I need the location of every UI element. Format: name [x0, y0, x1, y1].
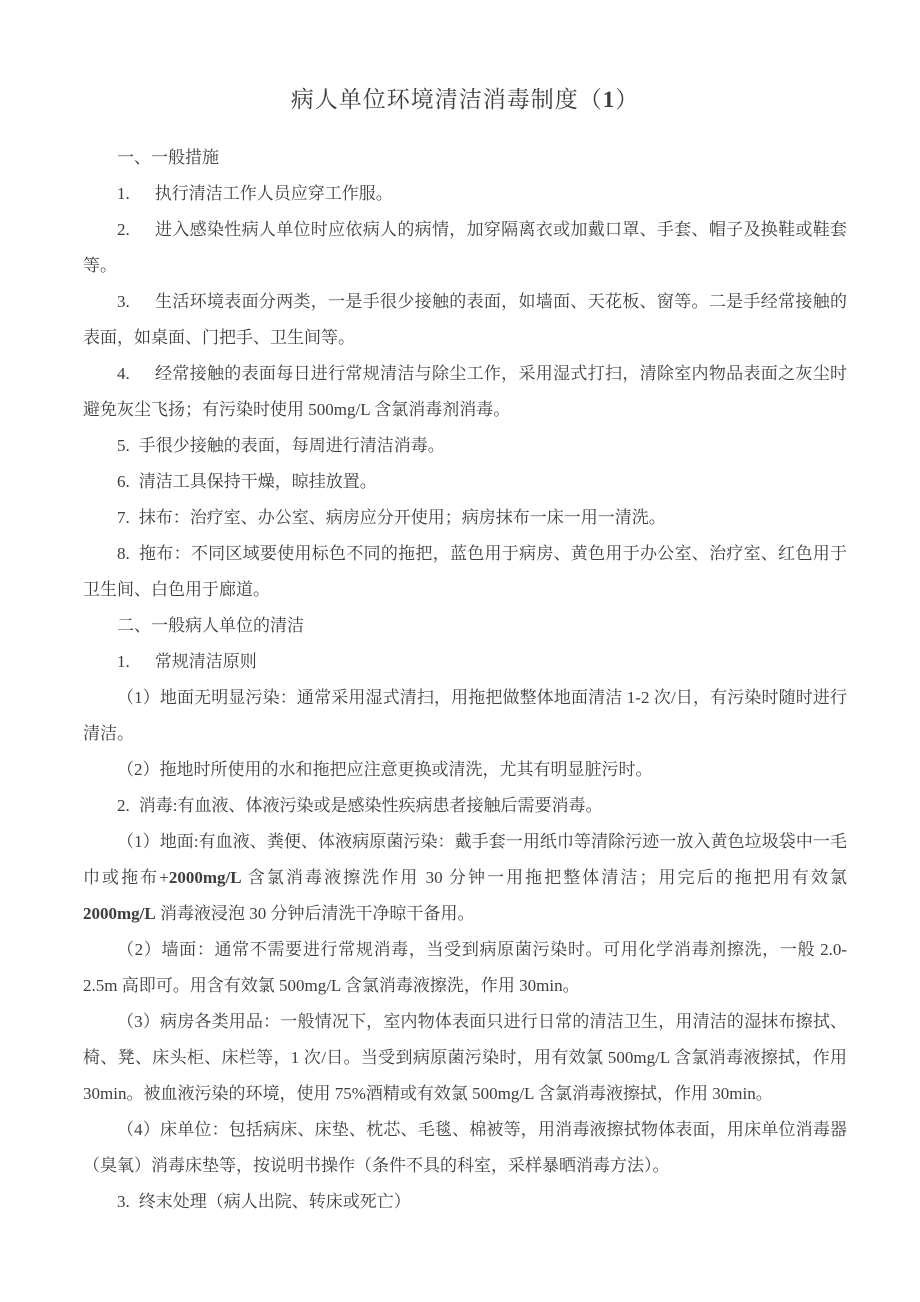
paragraph-disinfect-4: （4）床单位：包括病床、床垫、枕芯、毛毯、棉被等，用消毒液擦拭物体表面，用床单位… [83, 1112, 847, 1184]
text-run: 1 [603, 87, 616, 112]
item-number: 3. [117, 292, 130, 311]
text-run: ） [615, 87, 639, 112]
text-run: 病人单位环境清洁消毒制度（ [291, 87, 603, 112]
item-text: 手很少接触的表面，每周进行清洁消毒。 [139, 436, 445, 455]
item-text: 拖布：不同区域要使用标色不同的拖把，蓝色用于病房、黄色用于办公室、治疗室、红色用… [83, 544, 847, 599]
item-number: 2. [117, 796, 130, 815]
sub-item-2: 2.消毒:有血液、体液污染或是感染性疾病患者接触后需要消毒。 [83, 788, 847, 824]
paragraph-clean-2: （2）拖地时所使用的水和拖把应注意更换或清洗，尤其有明显脏污时。 [83, 752, 847, 788]
document-page: 病人单位环境清洁消毒制度（1） 一、一般措施 1.执行清洁工作人员应穿工作服。 … [0, 0, 920, 1302]
paragraph-disinfect-3: （3）病房各类用品：一般情况下，室内物体表面只进行日常的清洁卫生，用清洁的湿抹布… [83, 1004, 847, 1112]
text-run: 2000mg/L [169, 868, 242, 887]
item-text: 抹布：治疗室、办公室、病房应分开使用；病房抹布一床一用一清洗。 [139, 508, 666, 527]
sub-item-1: 1.常规清洁原则 [83, 644, 847, 680]
item-number: 1. [117, 184, 130, 203]
list-item-2: 2.进入感染性病人单位时应依病人的病情，加穿隔离衣或加戴口罩、手套、帽子及换鞋或… [83, 212, 847, 284]
list-item-3: 3.生活环境表面分两类，一是手很少接触的表面，如墙面、天花板、窗等。二是手经常接… [83, 284, 847, 356]
list-item-5: 5.手很少接触的表面，每周进行清洁消毒。 [83, 428, 847, 464]
item-number: 6. [117, 472, 130, 491]
item-text: 终末处理（病人出院、转床或死亡） [139, 1192, 411, 1211]
paragraph-clean-1: （1）地面无明显污染：通常采用湿式清扫，用拖把做整体地面清洁 1-2 次/日，有… [83, 680, 847, 752]
item-number: 7. [117, 508, 130, 527]
item-number: 4. [117, 364, 130, 383]
item-text: 进入感染性病人单位时应依病人的病情，加穿隔离衣或加戴口罩、手套、帽子及换鞋或鞋套… [83, 220, 847, 275]
document-title: 病人单位环境清洁消毒制度（1） [83, 84, 847, 116]
list-item-7: 7.抹布：治疗室、办公室、病房应分开使用；病房抹布一床一用一清洗。 [83, 500, 847, 536]
text-run: 2000mg/L [83, 904, 156, 923]
item-number: 2. [117, 220, 130, 239]
list-item-4: 4.经常接触的表面每日进行常规清洁与除尘工作，采用湿式打扫，清除室内物品表面之灰… [83, 356, 847, 428]
list-item-1: 1.执行清洁工作人员应穿工作服。 [83, 176, 847, 212]
item-text: 消毒:有血液、体液污染或是感染性疾病患者接触后需要消毒。 [139, 796, 603, 815]
section2-heading: 二、一般病人单位的清洁 [83, 608, 847, 644]
item-text: 执行清洁工作人员应穿工作服。 [155, 184, 393, 203]
item-text: 生活环境表面分两类，一是手很少接触的表面，如墙面、天花板、窗等。二是手经常接触的… [83, 292, 847, 347]
item-text: 清洁工具保持干燥，晾挂放置。 [139, 472, 377, 491]
list-item-8: 8.拖布：不同区域要使用标色不同的拖把，蓝色用于病房、黄色用于办公室、治疗室、红… [83, 536, 847, 608]
item-number: 1. [117, 652, 130, 671]
text-run: 消毒液浸泡 30 分钟后清洗干净晾干备用。 [156, 904, 475, 923]
paragraph-disinfect-1: （1）地面:有血液、粪便、体液病原菌污染：戴手套一用纸巾等清除污迹一放入黄色垃圾… [83, 824, 847, 932]
item-text: 常规清洁原则 [155, 652, 257, 671]
paragraph-disinfect-2: （2）墙面：通常不需要进行常规消毒，当受到病原菌污染时。可用化学消毒剂擦洗，一般… [83, 932, 847, 1004]
item-number: 8. [117, 544, 130, 563]
section1-heading: 一、一般措施 [83, 140, 847, 176]
item-text: 经常接触的表面每日进行常规清洁与除尘工作，采用湿式打扫，清除室内物品表面之灰尘时… [83, 364, 847, 419]
text-run: 含氯消毒液擦洗作用 30 分钟一用拖把整体清洁；用完后的拖把用有效氯 [242, 868, 847, 887]
item-number: 5. [117, 436, 130, 455]
list-item-6: 6.清洁工具保持干燥，晾挂放置。 [83, 464, 847, 500]
sub-item-3: 3.终末处理（病人出院、转床或死亡） [83, 1184, 847, 1220]
item-number: 3. [117, 1192, 130, 1211]
